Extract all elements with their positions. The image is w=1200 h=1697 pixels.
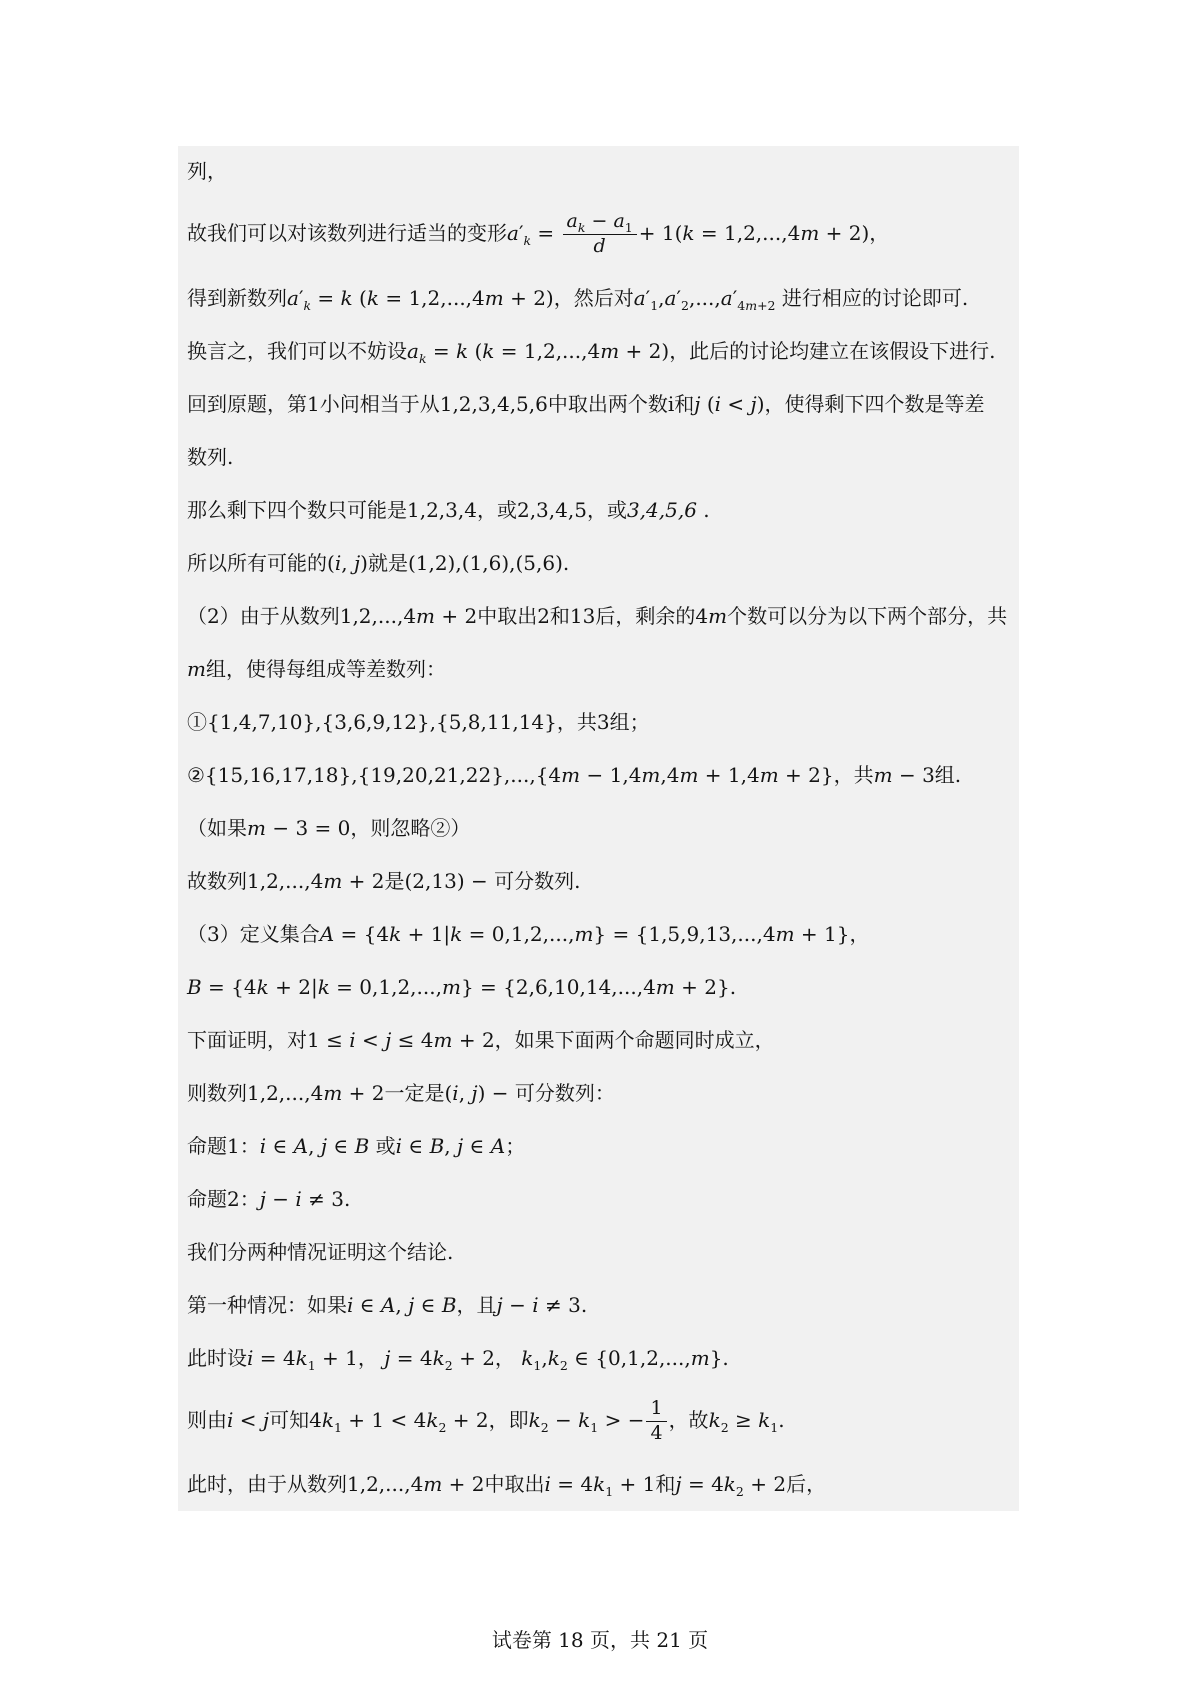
solution-line: 那么剩下四个数只可能是1,2,3,4，或2,3,4,5，或3,4,5,6 . bbox=[187, 497, 1005, 523]
solution-line: 所以所有可能的(i, j)就是(1,2),(1,6),(5,6). bbox=[187, 550, 1005, 576]
formula-text: + 1(k = 1,2,...,4m + 2)， bbox=[639, 221, 890, 245]
formula-text: ，故k2 ≥ k1. bbox=[669, 1408, 785, 1432]
fraction: 14 bbox=[644, 1398, 668, 1445]
solution-line: 下面证明，对1 ≤ i < j ≤ 4m + 2，如果下面两个命题同时成立， bbox=[187, 1027, 1005, 1053]
solution-line: 命题1：i ∈ A, j ∈ B 或i ∈ B, j ∈ A； bbox=[187, 1133, 1005, 1159]
solution-line: （如果m − 3 = 0，则忽略②） bbox=[187, 815, 1005, 841]
solution-line: 第一种情况：如果i ∈ A, j ∈ B，且j − i ≠ 3. bbox=[187, 1292, 1005, 1318]
solution-line: ②{15,16,17,18},{19,20,21,22},...,{4m − 1… bbox=[187, 762, 1005, 788]
formula-text: 则由i < j可知4k1 + 1 < 4k2 + 2，即k2 − k1 > − bbox=[187, 1408, 644, 1432]
solution-line: 此时，由于从数列1,2,...,4m + 2中取出i = 4k1 + 1和j =… bbox=[187, 1471, 1005, 1497]
content-block: 列， 故我们可以对该数列进行适当的变形a′k = ak − a1d+ 1(k =… bbox=[178, 146, 1019, 1511]
solution-line: 故数列1,2,...,4m + 2是(2,13) − 可分数列. bbox=[187, 868, 1005, 894]
solution-line: 我们分两种情况证明这个结论. bbox=[187, 1239, 1005, 1265]
formula-line-with-fraction: 则由i < j可知4k1 + 1 < 4k2 + 2，即k2 − k1 > −1… bbox=[187, 1398, 1005, 1445]
fraction-numerator: 1 bbox=[646, 1398, 666, 1422]
document-page: 列， 故我们可以对该数列进行适当的变形a′k = ak − a1d+ 1(k =… bbox=[0, 0, 1200, 1697]
solution-line: 回到原题，第1小问相当于从1,2,3,4,5,6中取出两个数i和j (i < j… bbox=[187, 391, 1005, 417]
solution-line: B = {4k + 2|k = 0,1,2,...,m} = {2,6,10,1… bbox=[187, 974, 1005, 1000]
solution-line: （3）定义集合A = {4k + 1|k = 0,1,2,...,m} = {1… bbox=[187, 921, 1005, 947]
solution-line: （2）由于从数列1,2,...,4m + 2中取出2和13后，剩余的4m个数可以… bbox=[187, 603, 1005, 629]
solution-line: 则数列1,2,...,4m + 2一定是(i, j) − 可分数列： bbox=[187, 1080, 1005, 1106]
solution-line: 换言之，我们可以不妨设ak = k (k = 1,2,...,4m + 2)，此… bbox=[187, 338, 1005, 364]
solution-line: 命题2：j − i ≠ 3. bbox=[187, 1186, 1005, 1212]
fraction-denominator: 4 bbox=[646, 1422, 666, 1445]
fraction-numerator: ak − a1 bbox=[563, 211, 637, 235]
fraction-denominator: d bbox=[563, 235, 637, 258]
solution-line: 此时设i = 4k1 + 1， j = 4k2 + 2， k1,k2 ∈ {0,… bbox=[187, 1345, 1005, 1371]
solution-line: 数列. bbox=[187, 444, 1005, 470]
fraction: ak − a1d bbox=[561, 211, 639, 258]
solution-line: ①{1,4,7,10},{3,6,9,12},{5,8,11,14}，共3组； bbox=[187, 709, 1005, 735]
formula-text: 故我们可以对该数列进行适当的变形a′k = bbox=[187, 221, 554, 245]
page-footer: 试卷第 18 页，共 21 页 bbox=[0, 1627, 1200, 1653]
solution-line: 列， bbox=[187, 158, 1005, 184]
solution-line: 得到新数列a′k = k (k = 1,2,...,4m + 2)，然后对a′1… bbox=[187, 285, 1005, 311]
formula-line-with-fraction: 故我们可以对该数列进行适当的变形a′k = ak − a1d+ 1(k = 1,… bbox=[187, 211, 1005, 258]
solution-line: m组，使得每组成等差数列： bbox=[187, 656, 1005, 682]
